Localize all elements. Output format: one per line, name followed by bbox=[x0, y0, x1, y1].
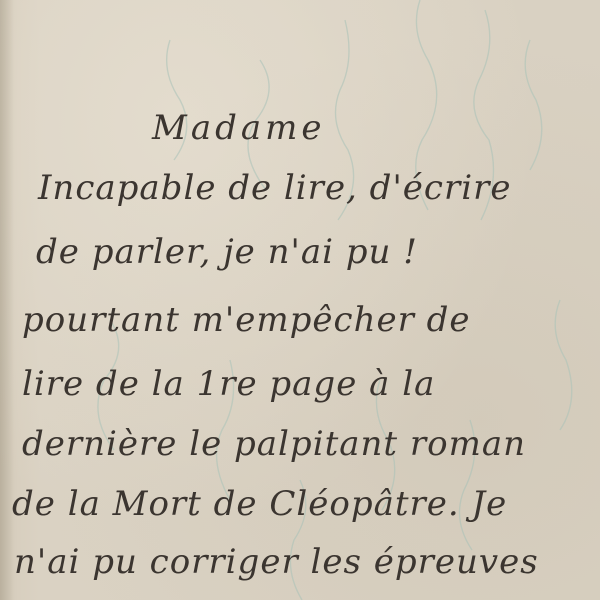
letter-line-5: dernière le palpitant roman bbox=[22, 424, 526, 464]
letter-line-7: n'ai pu corriger les épreuves bbox=[14, 542, 539, 582]
letter-line-6: de la Mort de Cléopâtre. Je bbox=[12, 484, 507, 524]
salutation: Madame bbox=[152, 108, 325, 148]
letter-line-3: pourtant m'empêcher de bbox=[22, 300, 471, 340]
letter-line-4: lire de la 1re page à la bbox=[22, 364, 435, 404]
letter-line-2: de parler, je n'ai pu ! bbox=[36, 232, 418, 272]
letter-line-1: Incapable de lire, d'écrire bbox=[38, 168, 511, 208]
